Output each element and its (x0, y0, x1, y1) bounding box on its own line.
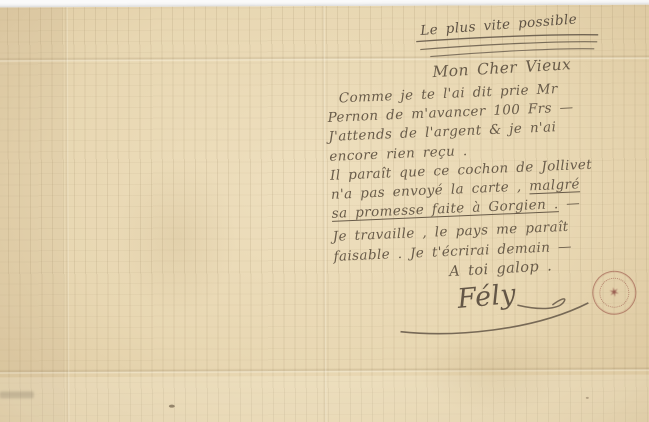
ink-speck (169, 405, 175, 408)
underlined-word: malgré (529, 176, 580, 194)
photo-background: Le plus vite possible Mon Cher Vieux Com… (0, 0, 649, 422)
letter-body: Comme je te l'ai dit prie Mr Pernon de m… (326, 77, 643, 267)
signature: Fély (456, 279, 517, 315)
pencil-smudge (0, 391, 34, 398)
collector-stamp: ✶ (588, 267, 640, 319)
stamp-inner-ring: ✶ (596, 275, 632, 311)
left-flap-shade (0, 7, 64, 422)
letter-paper: Le plus vite possible Mon Cher Vieux Com… (0, 5, 649, 422)
center-fold-crease (321, 6, 327, 422)
ink-speck (586, 397, 589, 399)
paper-stain (417, 325, 567, 416)
stamp-crest-icon: ✶ (607, 284, 621, 301)
left-fold-crease (64, 7, 70, 422)
closing-phrase: A toi galop . (449, 258, 553, 280)
paper-stain (117, 156, 238, 317)
urgency-note: Le plus vite possible (420, 11, 578, 39)
salutation: Mon Cher Vieux (432, 55, 572, 81)
